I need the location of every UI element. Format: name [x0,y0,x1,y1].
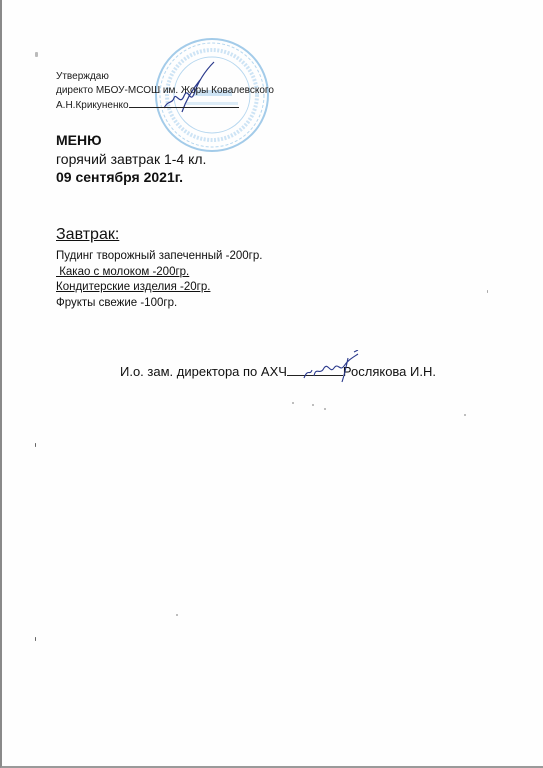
scan-speck [487,290,488,293]
menu-subtitle: горячий завтрак 1-4 кл. [56,151,206,167]
scanned-document-page: Утверждаю директо МБОУ-МСОШ им. Жоры Ков… [0,0,543,768]
menu-item: Кондитерские изделия -20гр. [56,280,262,296]
scan-speck [35,637,36,641]
scan-speck [176,614,178,616]
scan-speck [35,443,36,447]
scan-speck [35,52,38,57]
approval-label: Утверждаю [56,70,274,84]
approval-block: Утверждаю директо МБОУ-МСОШ им. Жоры Ков… [56,70,274,113]
approval-director-title: директо МБОУ-МСОШ им. Жоры Ковалевского [56,84,274,98]
breakfast-items-list: Пудинг творожный запеченный -200гр. Кака… [56,249,262,312]
scan-speck [292,402,294,404]
signature-line [129,97,239,108]
deputy-signature-icon [302,350,362,384]
scan-speck [464,414,466,416]
signoff-line: И.о. зам. директора по АХЧРослякова И.Н. [120,363,436,379]
menu-date: 09 сентября 2021г. [56,169,183,185]
menu-item: Фрукты свежие -100гр. [56,296,262,312]
approval-director-name-line: А.Н.Крикуненко [56,97,274,113]
scan-speck [312,404,314,406]
menu-item: Пудинг творожный запеченный -200гр. [56,249,262,265]
breakfast-heading: Завтрак: [56,226,119,244]
signoff-position: И.о. зам. директора по АХЧ [120,364,287,379]
menu-title: МЕНЮ [56,132,102,148]
menu-item: Какао с молоком -200гр. [56,265,262,281]
approval-director-name: А.Н.Крикуненко [56,100,129,111]
scan-speck [324,408,326,410]
